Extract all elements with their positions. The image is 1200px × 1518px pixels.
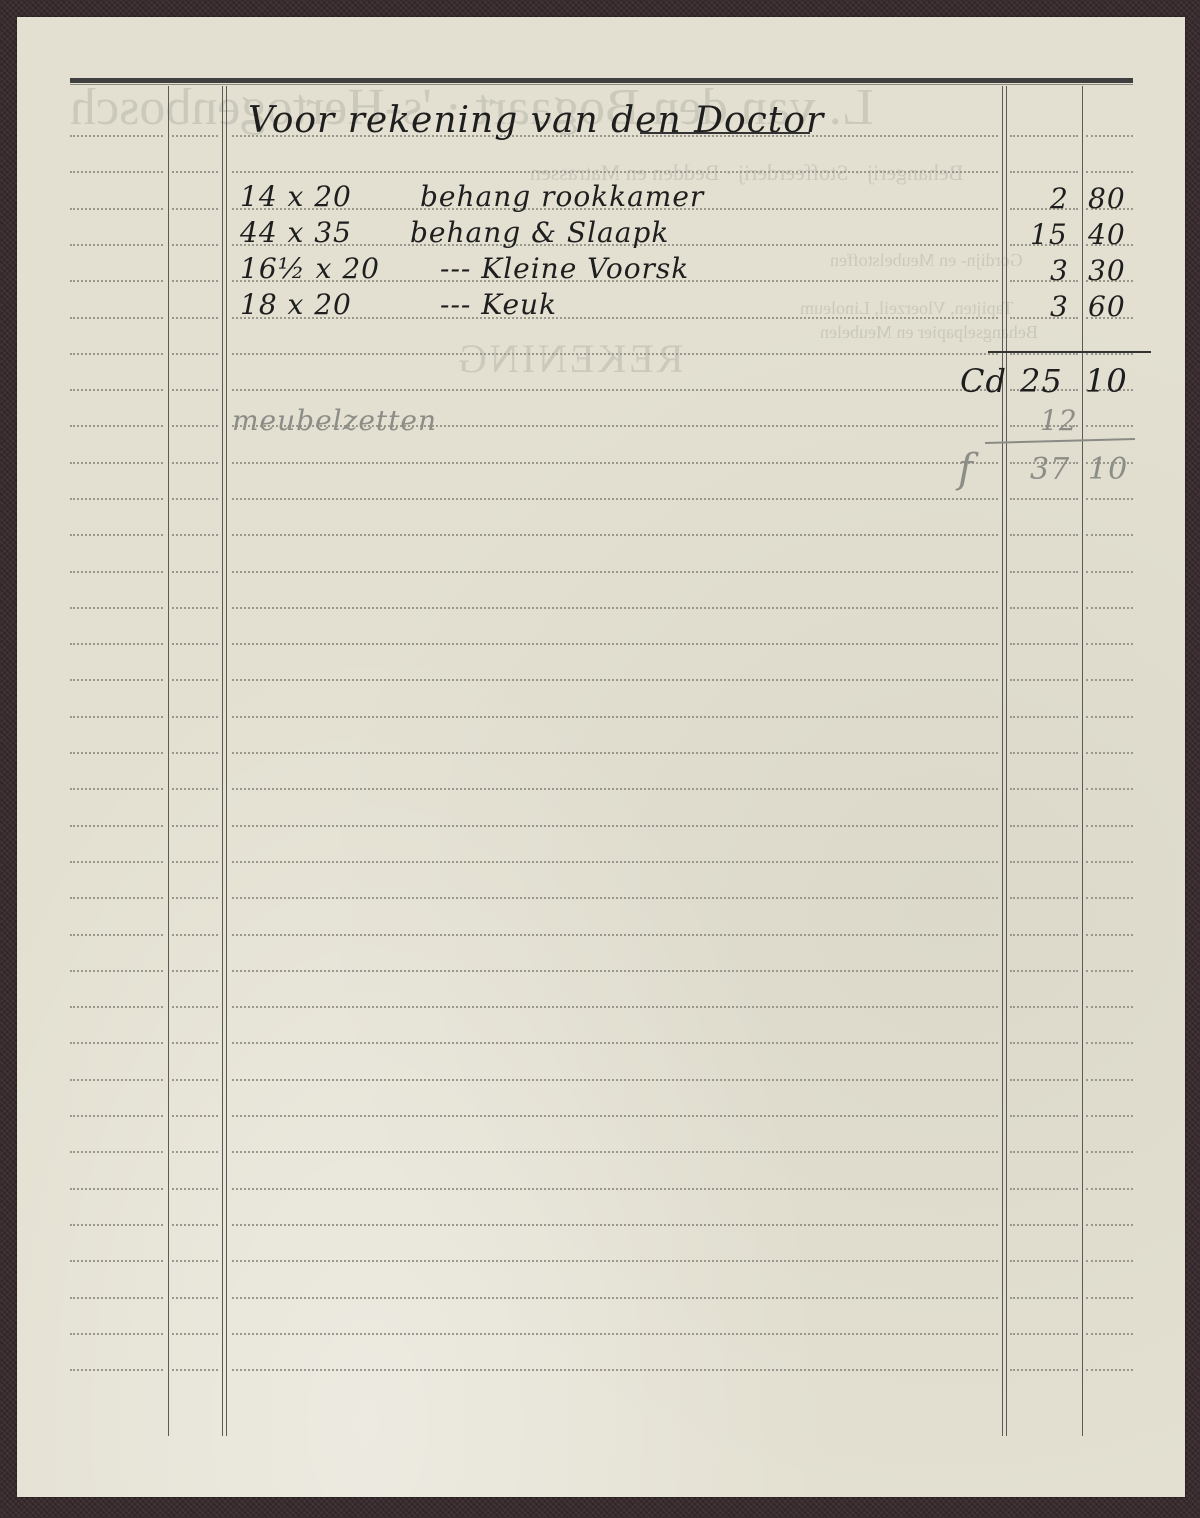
dotted-rule-segment [232,353,998,355]
dotted-rule-segment [1010,498,1078,500]
pencil-note: meubelzetten [232,404,437,437]
dotted-rule-segment [1010,1260,1078,1262]
dotted-rule-segment [172,788,218,790]
dotted-rule-segment [70,1260,163,1262]
dotted-rule-segment [172,498,218,500]
dotted-rule-segment [1010,1006,1078,1008]
dotted-rule-segment [232,171,998,173]
dotted-rule-segment [70,534,163,536]
dotted-rule-segment [232,1188,998,1190]
dotted-rule-segment [70,208,163,210]
dotted-rule-segment [1086,897,1133,899]
dotted-rule-segment [1086,788,1133,790]
dotted-rule-segment [1010,934,1078,936]
heading-text: Voor rekening van den Doctor [248,100,824,141]
dotted-rule-segment [172,1115,218,1117]
dotted-rule-segment [172,1369,218,1371]
dotted-rule-segment [172,1006,218,1008]
dotted-rule-segment [1010,1042,1078,1044]
pencil-total-cents: 10 [1088,452,1128,487]
dotted-rule-segment [70,244,163,246]
dotted-rule-segment [1086,716,1133,718]
dotted-rule-segment [232,1260,998,1262]
subtotal-label: Cd [960,362,1007,400]
dotted-rule-segment [232,934,998,936]
dotted-rule-segment [172,970,218,972]
dotted-rule-segment [172,389,218,391]
dotted-rule-segment [1086,498,1133,500]
dotted-rule-segment [70,353,163,355]
item-3-description: --- Kleine Voorsk [440,252,689,285]
dotted-rule-segment [232,1369,998,1371]
dotted-rule-segment [172,679,218,681]
dotted-rule-segment [70,317,163,319]
dotted-rule-segment [172,353,218,355]
dotted-rule-segment [172,462,218,464]
dotted-rule-segment [232,788,998,790]
dotted-rule-segment [1086,534,1133,536]
dotted-rule-segment [1010,970,1078,972]
dotted-rule-segment [172,1333,218,1335]
dotted-rule-segment [172,1224,218,1226]
dotted-rule-segment [1010,679,1078,681]
dotted-rule-segment [1086,1260,1133,1262]
dotted-rule-segment [232,752,998,754]
dotted-rule-segment [172,208,218,210]
dotted-rule-segment [1086,679,1133,681]
subtotal-guilders: 25 [1020,362,1063,400]
dotted-rule-segment [1086,1224,1133,1226]
dotted-rule-segment [172,825,218,827]
dotted-rule-segment [1010,1297,1078,1299]
dotted-rule-segment [70,716,163,718]
dotted-rule-segment [232,1115,998,1117]
dotted-rule-segment [70,462,163,464]
dotted-rule-segment [1086,752,1133,754]
item-4-cents: 60 [1088,290,1126,323]
dotted-rule-segment [232,1297,998,1299]
dotted-rule-segment [232,462,998,464]
item-3-guilders: 3 [1050,254,1069,287]
dotted-rule-segment [1010,752,1078,754]
dotted-rule-segment [232,679,998,681]
dotted-rule-segment [70,897,163,899]
dotted-rule-segment [1010,135,1078,137]
pencil-addition: 12 [1040,404,1078,437]
column-line-cents [1082,86,1083,1436]
dotted-rule-segment [70,861,163,863]
dotted-rule-segment [1010,825,1078,827]
dotted-rule-segment [1086,970,1133,972]
bleedthrough-title: REKENING [455,335,683,382]
dotted-rule-segment [70,389,163,391]
dotted-rule-segment [1010,353,1078,355]
dotted-rule-segment [232,897,998,899]
dotted-rule-segment [70,1115,163,1117]
dotted-rule-segment [70,752,163,754]
dotted-rule-segment [232,861,998,863]
item-3-quantity: 16½ x 20 [240,252,380,285]
dotted-rule-segment [1086,571,1133,573]
dotted-rule-segment [70,643,163,645]
dotted-rule-segment [172,607,218,609]
dotted-rule-segment [1086,1006,1133,1008]
dotted-rule-segment [70,1333,163,1335]
dotted-rule-segment [70,1151,163,1153]
dotted-rule-segment [70,970,163,972]
column-line-amount-a [1002,86,1003,1436]
dotted-rule-segment [1010,861,1078,863]
dotted-rule-segment [70,135,163,137]
dotted-rule-segment [172,897,218,899]
dotted-rule-segment [1086,1297,1133,1299]
item-2-cents: 40 [1088,218,1126,251]
dotted-rule-segment [172,1188,218,1190]
dotted-rule-segment [1086,171,1133,173]
dotted-rule-segment [70,571,163,573]
dotted-rule-segment [70,934,163,936]
pencil-total-label: f [958,446,974,492]
item-1-guilders: 2 [1050,182,1069,215]
subtotal-rule [988,351,1151,353]
pencil-total-guilders: 37 [1030,452,1070,487]
column-line-left [168,86,169,1436]
dotted-rule-segment [232,970,998,972]
item-2-description: behang & Slaapk [410,216,669,249]
dotted-rule-segment [70,825,163,827]
dotted-rule-segment [232,643,998,645]
dotted-rule-segment [1086,934,1133,936]
dotted-rule-segment [1086,1333,1133,1335]
dotted-rule-segment [232,498,998,500]
dotted-rule-segment [172,135,218,137]
column-line-double-a [222,86,223,1436]
item-2-guilders: 15 [1030,218,1068,251]
dotted-rule-segment [70,679,163,681]
dotted-rule-segment [70,1369,163,1371]
dotted-rule-segment [232,1333,998,1335]
dotted-rule-segment [70,425,163,427]
dotted-rule-segment [172,1297,218,1299]
dotted-rule-segment [70,498,163,500]
dotted-rule-segment [172,716,218,718]
dotted-rule-segment [1086,1151,1133,1153]
dotted-rule-segment [1010,1151,1078,1153]
dotted-rule-segment [1010,534,1078,536]
top-rule [70,78,1133,83]
item-4-quantity: 18 x 20 [240,288,352,321]
dotted-rule-segment [1010,571,1078,573]
item-1-description: behang rookkamer [420,180,704,213]
dotted-rule-segment [1010,643,1078,645]
dotted-rule-segment [1086,1369,1133,1371]
dotted-rule-segment [70,788,163,790]
dotted-rule-segment [1010,1115,1078,1117]
dotted-rule-segment [172,643,218,645]
dotted-rule-segment [232,571,998,573]
dotted-rule-segment [70,1224,163,1226]
dotted-rule-segment [1010,1188,1078,1190]
dotted-rule-segment [1010,607,1078,609]
dotted-rule-segment [1086,1042,1133,1044]
dotted-rule-segment [70,1297,163,1299]
dotted-rule-segment [1010,788,1078,790]
dotted-rule-segment [1086,1079,1133,1081]
dotted-rule-segment [70,1079,163,1081]
dotted-rule-segment [1086,607,1133,609]
dotted-rule-segment [1010,1369,1078,1371]
dotted-rule-segment [172,534,218,536]
subtotal-cents: 10 [1085,362,1128,400]
dotted-rule-segment [172,1260,218,1262]
dotted-rule-segment [1086,1115,1133,1117]
dotted-rule-segment [232,1006,998,1008]
dotted-rule-segment [70,280,163,282]
dotted-rule-segment [70,1006,163,1008]
item-3-cents: 30 [1088,254,1126,287]
heading-underline [640,132,810,134]
bleedthrough-line3: Tapijten, Vloerzeil, Linoleum [800,298,1013,319]
dotted-rule-segment [232,1079,998,1081]
dotted-rule-segment [172,934,218,936]
dotted-rule-segment [172,280,218,282]
dotted-rule-segment [1086,1188,1133,1190]
dotted-rule-segment [1010,1333,1078,1335]
dotted-rule-segment [1086,135,1133,137]
dotted-rule-segment [172,1042,218,1044]
dotted-rule-segment [1010,897,1078,899]
column-line-amount-b [1006,86,1007,1436]
dotted-rule-segment [232,389,998,391]
dotted-rule-segment [232,716,998,718]
dotted-rule-segment [172,425,218,427]
item-4-guilders: 3 [1050,290,1069,323]
dotted-rule-segment [172,244,218,246]
dotted-rule-segment [232,1151,998,1153]
bleedthrough-line2: Gordijn- en Meubelstoffen [830,250,1023,271]
dotted-rule-segment [1086,425,1133,427]
dotted-rule-segment [1086,825,1133,827]
dotted-rule-segment [172,1151,218,1153]
dotted-rule-segment [172,171,218,173]
dotted-rule-segment [1086,353,1133,355]
dotted-rule-segment [1010,1079,1078,1081]
dotted-rule-segment [1086,643,1133,645]
dotted-rule-segment [172,571,218,573]
dotted-rule-segment [70,171,163,173]
dotted-rule-segment [172,861,218,863]
dotted-rule-segment [1010,1224,1078,1226]
column-line-double-b [226,86,227,1436]
dotted-rule-segment [70,607,163,609]
dotted-rule-segment [172,752,218,754]
item-1-cents: 80 [1088,182,1126,215]
dotted-rule-segment [70,1188,163,1190]
dotted-rule-segment [232,825,998,827]
item-4-description: --- Keuk [440,288,557,321]
dotted-rule-segment [232,607,998,609]
item-1-quantity: 14 x 20 [240,180,352,213]
dotted-rule-segment [1010,171,1078,173]
dotted-rule-segment [232,1224,998,1226]
item-2-quantity: 44 x 35 [240,216,352,249]
dotted-rule-segment [1010,716,1078,718]
dotted-rule-segment [232,1042,998,1044]
dotted-rule-segment [232,534,998,536]
dotted-rule-segment [172,1079,218,1081]
dotted-rule-segment [1086,861,1133,863]
dotted-rule-segment [172,317,218,319]
dotted-rule-segment [70,1042,163,1044]
